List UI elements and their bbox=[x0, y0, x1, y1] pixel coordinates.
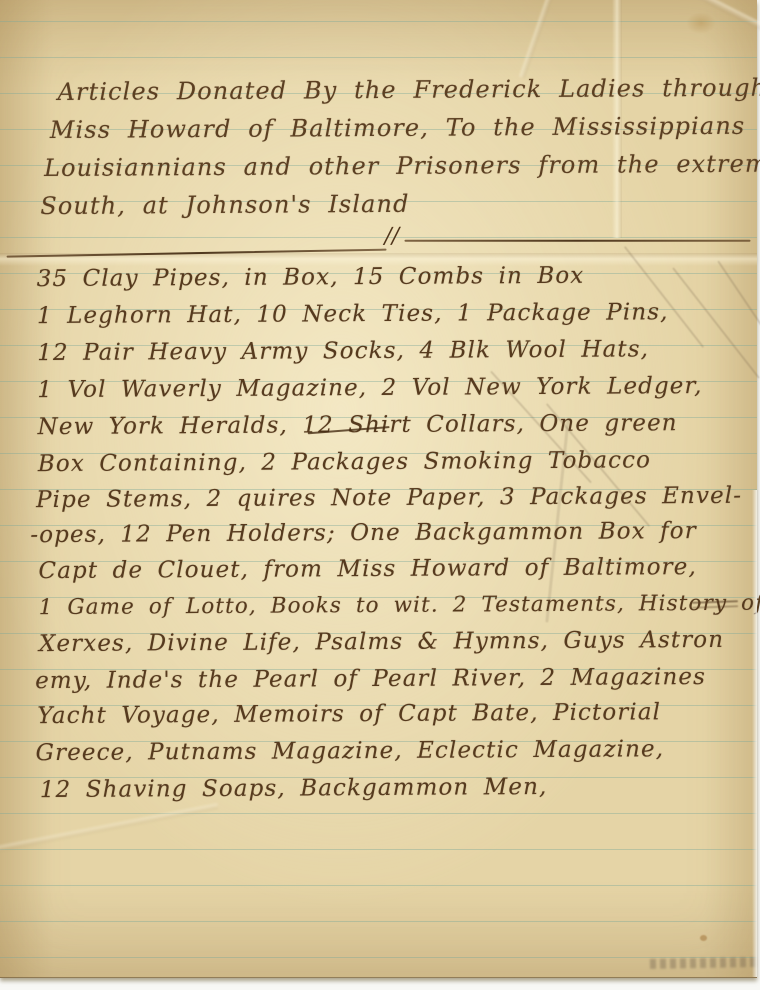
divider-line bbox=[404, 240, 750, 242]
heading-line: South, at Johnson's Island bbox=[40, 190, 409, 220]
faint-pencil-notation bbox=[650, 957, 756, 969]
list-line: 35 Clay Pipes, in Box, 15 Combs in Box bbox=[37, 263, 585, 292]
list-line: 12 Pair Heavy Army Socks, 4 Blk Wool Hat… bbox=[37, 336, 649, 366]
list-line: Capt de Clouet, from Miss Howard of Balt… bbox=[38, 554, 697, 584]
list-line: 1 Leghorn Hat, 10 Neck Ties, 1 Package P… bbox=[37, 299, 669, 329]
divider-line bbox=[7, 249, 387, 258]
list-line: New York Heralds, 12 Shirt Collars, One … bbox=[38, 410, 678, 440]
document-scan: Articles Donated By the Frederick Ladies… bbox=[0, 0, 760, 990]
list-line: emy, Inde's the Pearl of Pearl River, 2 … bbox=[35, 664, 706, 694]
list-line: 1 Game of Lotto, Books to wit. 2 Testame… bbox=[39, 591, 760, 620]
heading-line: Articles Donated By the Frederick Ladies… bbox=[57, 74, 760, 106]
divider-mark: // bbox=[384, 224, 399, 249]
paper-sheet: Articles Donated By the Frederick Ladies… bbox=[0, 0, 757, 978]
list-line: 12 Shaving Soaps, Backgammon Men, bbox=[40, 774, 548, 803]
list-line: -opes, 12 Pen Holders; One Backgammon Bo… bbox=[30, 518, 697, 548]
list-line: Yacht Voyage, Memoirs of Capt Bate, Pict… bbox=[37, 699, 661, 729]
heading-line: Miss Howard of Baltimore, To the Mississ… bbox=[50, 112, 746, 144]
list-line: Pipe Stems, 2 quires Note Paper, 3 Packa… bbox=[36, 483, 742, 513]
list-line: Greece, Putnams Magazine, Eclectic Magaz… bbox=[36, 736, 665, 766]
list-line: Box Containing, 2 Packages Smoking Tobac… bbox=[38, 447, 651, 477]
list-line: 1 Vol Waverly Magazine, 2 Vol New York L… bbox=[37, 373, 702, 403]
heading-line: Louisiannians and other Prisoners from t… bbox=[44, 150, 760, 183]
list-line: Xerxes, Divine Life, Psalms & Hymns, Guy… bbox=[39, 627, 724, 657]
paper-edge bbox=[752, 490, 757, 977]
